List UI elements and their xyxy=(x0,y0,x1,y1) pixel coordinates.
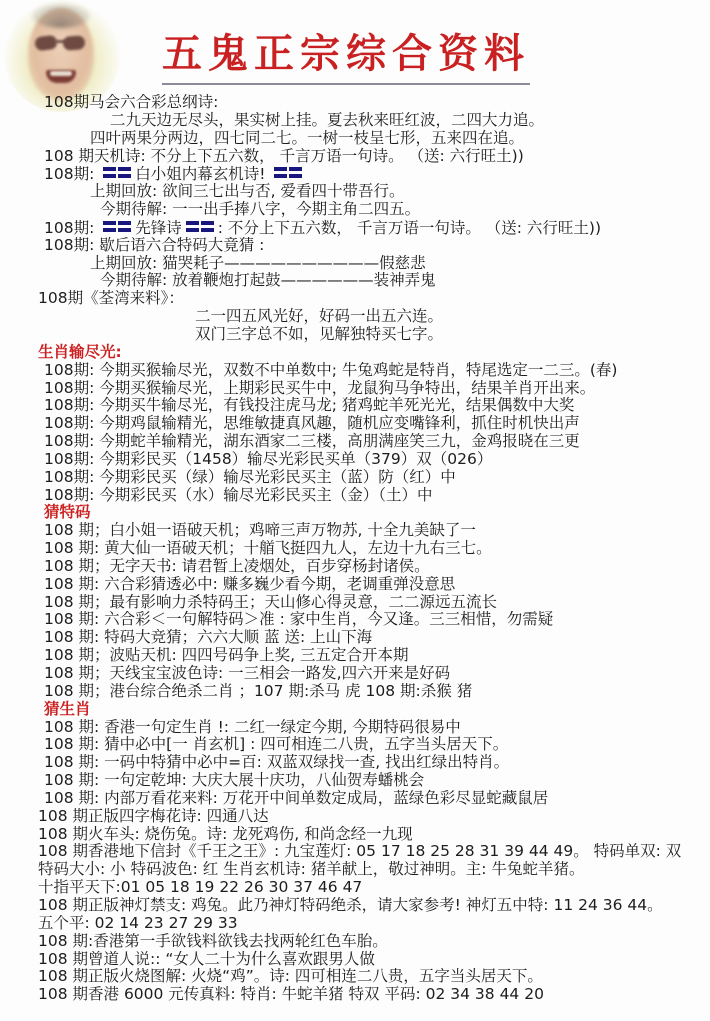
text-line: 108 期: 香港一句定生肖 !: 二红一绿定今期, 今期特码很易中 xyxy=(0,719,710,737)
text-line: 108期: 今期鸡鼠输精光，思维敏捷真风趣，随机应变嘴锋利，抓住时机快出声 xyxy=(0,415,710,433)
text-line: 108期: 今期买牛输尽光，有钱投注虎马龙; 猪鸡蛇羊死光光，结果偶数中大奖 xyxy=(0,397,710,415)
line-text: 108 期；最有影响力杀特码王；天山修心得灵意，二二源远五流长 xyxy=(44,593,497,611)
text-line: 108 期天机诗: 不分上下五六数， 千言万语一句诗。 （送: 六行旺土)) xyxy=(0,148,710,166)
line-text: 108 期: 六合彩＜一句解特码＞准 : 家中生肖，今又逢。三三相惜，勿需疑 xyxy=(44,610,553,628)
page-title: 五鬼正宗综合资料 xyxy=(162,22,530,85)
line-text: 108 期:香港第一手欲钱料欲钱去找两轮红色车胎。 xyxy=(38,932,388,950)
text-line: 今期待解: 放着鞭炮打起鼓——————装神弄鬼 xyxy=(0,272,710,290)
line-text: 108期: 今期彩民买（水）输尽光彩民买主（金）（土）中 xyxy=(44,486,433,504)
line-text: 二九天边无尽头，果实树上挂。夏去秋来旺红波，二四大力追。 xyxy=(110,111,544,129)
line-text: 108期: 今期鸡鼠输精光，思维敏捷真风趣，随机应变嘴锋利，抓住时机快出声 xyxy=(44,414,580,432)
text-line: 108 期: 一句定乾坤: 大庆大展十庆功，八仙贺寿蟠桃会 xyxy=(0,772,710,790)
line-text: 108 期: 黄大仙一语破天机；十艏飞挺四九人，左边十九右三七。 xyxy=(44,539,492,557)
text-line: 108期: 白小姐内幕玄机诗! xyxy=(0,165,710,183)
text-line: 108 期: 内部万看花来料: 万花开中间单数定成局，蓝绿色彩尽显蛇藏鼠居 xyxy=(0,790,710,808)
line-text: 108期: 今期彩民买（绿）输尽光彩民买主（蓝）防（红）中 xyxy=(44,468,456,486)
line-text: 108期: 今期买牛输尽光，有钱投注虎马龙; 猪鸡蛇羊死光光，结果偶数中大奖 xyxy=(44,396,574,414)
section-heading: 猜特码 xyxy=(0,504,710,522)
text-line: 今期待解: 一一出手捧八字，今期主角二四五。 xyxy=(0,201,710,219)
text-line: 108 期:香港第一手欲钱料欲钱去找两轮红色车胎。 xyxy=(0,933,710,951)
text-line: 二九天边无尽头，果实树上挂。夏去秋来旺红波，二四大力追。 xyxy=(0,112,710,130)
line-text: 108 期正版火烧图解: 火烧“鸡”。诗: 四可相连二八贵，五字当头居天下。 xyxy=(38,967,543,985)
line-text: 108 期；天线宝宝波色诗: 一三相会一路发,四六开来是好码 xyxy=(44,664,450,682)
text-line: 108 期: 特码大竞猜；六六大顺 蓝 送: 上山下海 xyxy=(0,629,710,647)
text-line: 上期回放: 猫哭耗子——————————假慈悲 xyxy=(0,255,710,273)
text-line: 108 期: 六合彩＜一句解特码＞准 : 家中生肖，今又逢。三三相惜，勿需疑 xyxy=(0,611,710,629)
text-line: 108 期曾道人说:: “女人二十为什么喜欢跟男人做 xyxy=(0,951,710,969)
text-line: 108期: 今期买猴输尽光，上期彩民买牛中，龙鼠狗马争特出，结果羊肖开出来。 xyxy=(0,380,710,398)
text-line: 108 期: 黄大仙一语破天机；十艏飞挺四九人，左边十九右三七。 xyxy=(0,540,710,558)
line-text: 108 期: 一码中特猜中必中=百: 双蓝双绿找一查, 找出红绿出特肖。 xyxy=(44,753,509,771)
line-text: 二一四五风光好，好码一出五六连。 xyxy=(195,307,443,325)
line-text: 108期: xyxy=(44,165,99,183)
line-text: 上期回放: 猫哭耗子——————————假慈悲 xyxy=(90,254,426,272)
content-lines: 108期马会六合彩总纲诗:二九天边无尽头，果实树上挂。夏去秋来旺红波，二四大力追… xyxy=(0,94,710,1004)
text-line: 特码大小: 小 特码波色: 红 生肖玄机诗: 猪羊献上，敬过神明。主: 牛兔蛇羊… xyxy=(0,861,710,879)
line-text: 108期: 今期蛇羊输精光，湖东酒家二三楼，高朋满座笑三九，金鸡报晓在三更 xyxy=(44,432,580,450)
sunglasses-icon xyxy=(35,36,87,53)
line-text: 108 期火车头: 烧伤兔。诗: 龙死鸡伤, 和尚念经一九现 xyxy=(38,825,413,843)
text-line: 108 期；无字天书: 请君暂上凌烟处，百步穿杨封诸侯。 xyxy=(0,558,710,576)
line-text: 白小姐内幕玄机诗! xyxy=(135,165,270,183)
double-bar-icon xyxy=(102,165,132,183)
line-text: 108期《荃湾来料》： xyxy=(38,289,184,307)
double-bar-icon xyxy=(185,219,215,237)
line-text: 108 期曾道人说:: “女人二十为什么喜欢跟男人做 xyxy=(38,950,375,968)
line-text: 108期: 今期买猴输尽光，上期彩民买牛中，龙鼠狗马争特出，结果羊肖开出来。 xyxy=(44,379,595,397)
text-line: 108 期香港地下信封《千王之王》: 九宝莲灯: 05 17 18 25 28 … xyxy=(0,843,710,861)
text-line: 108 期: 猜中必中[一 肖玄机] : 四可相连二八贵，五字当头居天下。 xyxy=(0,736,710,754)
text-line: 108 期；波贴天机: 四四号码争上奖, 三五定合开本期 xyxy=(0,647,710,665)
double-bar-icon xyxy=(102,219,132,237)
line-text: 108 期: 内部万看花来料: 万花开中间单数定成局，蓝绿色彩尽显蛇藏鼠居 xyxy=(44,789,548,807)
line-text: 四叶两果分两边，四七同二七。一树一枝呈七形，五来四在追。 xyxy=(90,129,524,147)
text-line: 108期: 今期买猴输尽光，双数不中单数中; 牛兔鸡蛇是特肖，特尾选定一二三。(… xyxy=(0,362,710,380)
line-text: 108 期香港 6000 元传真料: 特肖: 牛蛇羊猪 特双 平码: 02 34… xyxy=(38,985,544,1003)
line-text: 双门三字总不如，见解独特买七字。 xyxy=(195,325,443,343)
line-text: 108 期；波贴天机: 四四号码争上奖, 三五定合开本期 xyxy=(44,646,409,664)
line-text: 108 期: 香港一句定生肖 !: 二红一绿定今期, 今期特码很易中 xyxy=(44,718,461,736)
text-line: 108 期: 六合彩猜透必中: 赚多巍少看今期，老调重弹没意思 xyxy=(0,576,710,594)
line-text: 108 期；白小姐一语破天机；鸡啼三声万物苏, 十全九美缺了一 xyxy=(44,521,476,539)
line-text: 猜特码 xyxy=(44,503,91,521)
line-text: 生肖输尽光: xyxy=(38,343,122,361)
line-text: 108 期: 特码大竞猜；六六大顺 蓝 送: 上山下海 xyxy=(44,628,372,646)
text-line: 四叶两果分两边，四七同二七。一树一枝呈七形，五来四在追。 xyxy=(0,130,710,148)
line-text: : 不分上下五六数， 千言万语一句诗。 （送: 六行旺土)) xyxy=(218,219,601,237)
section-heading: 生肖输尽光: xyxy=(0,344,710,362)
line-text: 108期: 今期买猴输尽光，双数不中单数中; 牛兔鸡蛇是特肖，特尾选定一二三。(… xyxy=(44,361,617,379)
text-line: 108期: 今期彩民买（绿）输尽光彩民买主（蓝）防（红）中 xyxy=(0,469,710,487)
text-line: 108 期火车头: 烧伤兔。诗: 龙死鸡伤, 和尚念经一九现 xyxy=(0,826,710,844)
text-line: 108 期正版火烧图解: 火烧“鸡”。诗: 四可相连二八贵，五字当头居天下。 xyxy=(0,968,710,986)
text-line: 108 期香港 6000 元传真料: 特肖: 牛蛇羊猪 特双 平码: 02 34… xyxy=(0,986,710,1004)
text-line: 108 期；最有影响力杀特码王；天山修心得灵意，二二源远五流长 xyxy=(0,594,710,612)
text-line: 108 期；港台综合绝杀二肖 ；107 期:杀马 虎 108 期:杀猴 猪 xyxy=(0,683,710,701)
line-text: 今期待解: 一一出手捧八字，今期主角二四五。 xyxy=(100,200,420,218)
text-line: 108期马会六合彩总纲诗: xyxy=(0,94,710,112)
line-text: 十指平天下:01 05 18 19 22 26 30 37 46 47 xyxy=(38,878,362,896)
text-line: 108期: 先锋诗: 不分上下五六数， 千言万语一句诗。 （送: 六行旺土)) xyxy=(0,219,710,237)
text-line: 108期: 今期蛇羊输精光，湖东酒家二三楼，高朋满座笑三九，金鸡报晓在三更 xyxy=(0,433,710,451)
line-text: 108 期: 一句定乾坤: 大庆大展十庆功，八仙贺寿蟠桃会 xyxy=(44,771,424,789)
line-text: 108 期正版四字梅花诗: 四通八达 xyxy=(38,807,269,825)
text-line: 108 期正版神灯禁支: 鸡兔。此乃神灯特码绝杀，请大家参考! 神灯五中特: 1… xyxy=(0,897,710,915)
line-text: 特码大小: 小 特码波色: 红 生肖玄机诗: 猪羊献上，敬过神明。主: 牛兔蛇羊… xyxy=(38,860,584,878)
text-line: 108期: 今期彩民买（水）输尽光彩民买主（金）（土）中 xyxy=(0,487,710,505)
line-text: 108 期: 猜中必中[一 肖玄机] : 四可相连二八贵，五字当头居天下。 xyxy=(44,735,508,753)
text-line: 108期: 歇后语六合特码大竟猜 : xyxy=(0,237,710,255)
text-line: 108期《荃湾来料》： xyxy=(0,290,710,308)
line-text: 108 期；港台综合绝杀二肖 ；107 期:杀马 虎 108 期:杀猴 猪 xyxy=(44,682,472,700)
avatar-teeth xyxy=(50,71,72,76)
text-line: 108 期；天线宝宝波色诗: 一三相会一路发,四六开来是好码 xyxy=(0,665,710,683)
line-text: 108 期；无字天书: 请君暂上凌烟处，百步穿杨封诸侯。 xyxy=(44,557,430,575)
line-text: 108 期: 六合彩猜透必中: 赚多巍少看今期，老调重弹没意思 xyxy=(44,575,455,593)
text-line: 108 期: 一码中特猜中必中=百: 双蓝双绿找一查, 找出红绿出特肖。 xyxy=(0,754,710,772)
section-heading: 猜生肖 xyxy=(0,701,710,719)
avatar-hair xyxy=(32,4,90,28)
text-line: 五个平: 02 14 23 27 29 33 xyxy=(0,915,710,933)
text-line: 108 期正版四字梅花诗: 四通八达 xyxy=(0,808,710,826)
line-text: 猜生肖 xyxy=(44,700,91,718)
line-text: 今期待解: 放着鞭炮打起鼓——————装神弄鬼 xyxy=(100,271,436,289)
line-text: 108 期香港地下信封《千王之王》: 九宝莲灯: 05 17 18 25 28 … xyxy=(38,842,681,860)
text-line: 108期: 今期彩民买（1458）输尽光彩民买单（379）双（026） xyxy=(0,451,710,469)
line-text: 108期: 今期彩民买（1458）输尽光彩民买单（379）双（026） xyxy=(44,450,492,468)
line-text: 108 期正版神灯禁支: 鸡兔。此乃神灯特码绝杀，请大家参考! 神灯五中特: 1… xyxy=(38,896,663,914)
text-line: 108 期；白小姐一语破天机；鸡啼三声万物苏, 十全九美缺了一 xyxy=(0,522,710,540)
double-bar-icon xyxy=(273,165,303,183)
line-text: 108期: 歇后语六合特码大竟猜 : xyxy=(44,236,264,254)
line-text: 108 期天机诗: 不分上下五六数， 千言万语一句诗。 （送: 六行旺土)) xyxy=(44,147,524,165)
line-text: 先锋诗 xyxy=(135,219,182,237)
text-line: 十指平天下:01 05 18 19 22 26 30 37 46 47 xyxy=(0,879,710,897)
text-line: 上期回放: 欲间三七出与否, 爱看四十带吾行。 xyxy=(0,183,710,201)
line-text: 108期: xyxy=(44,219,99,237)
line-text: 108期马会六合彩总纲诗: xyxy=(44,93,218,111)
line-text: 上期回放: 欲间三七出与否, 爱看四十带吾行。 xyxy=(90,182,405,200)
text-line: 双门三字总不如，见解独特买七字。 xyxy=(0,326,710,344)
line-text: 五个平: 02 14 23 27 29 33 xyxy=(38,914,238,932)
text-line: 二一四五风光好，好码一出五六连。 xyxy=(0,308,710,326)
